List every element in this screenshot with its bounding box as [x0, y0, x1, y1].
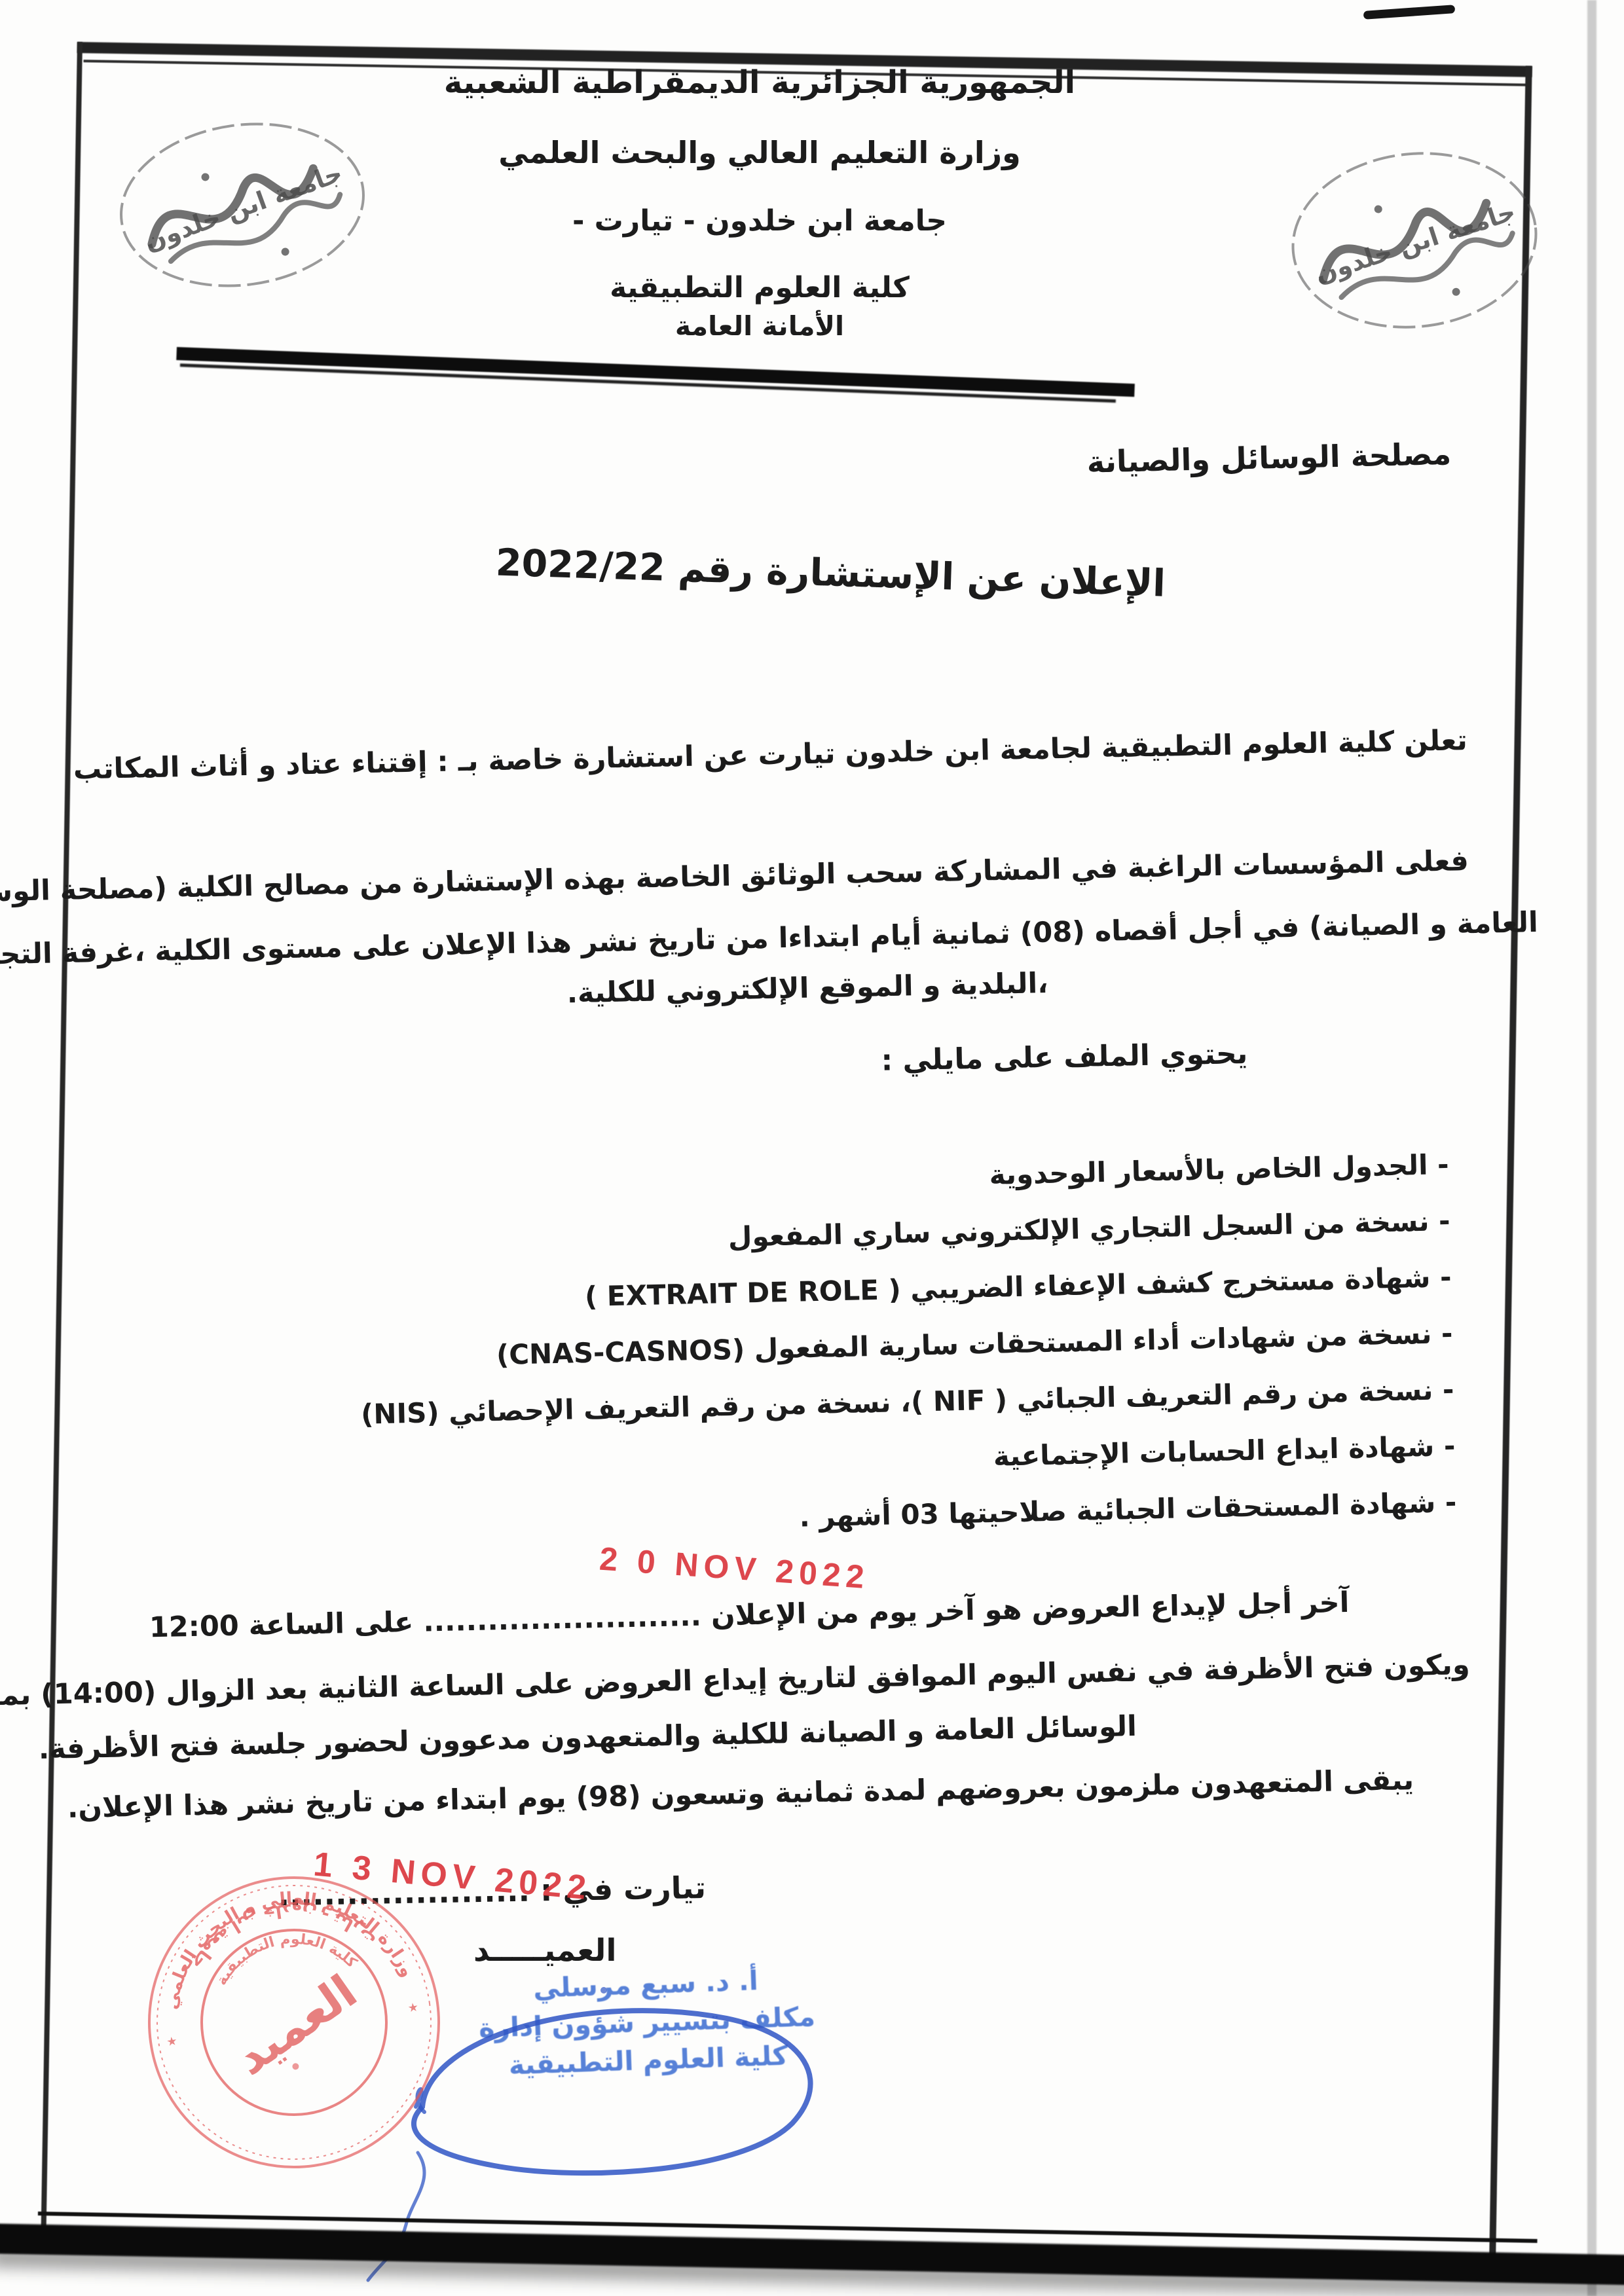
frame-left-edge — [41, 42, 83, 2236]
file-contents-heading: يحتوي الملف على مايلي : — [881, 1037, 1248, 1078]
university-logo-right-icon: جامعة ابن خلدون — [1274, 132, 1555, 348]
svg-text:٭: ٭ — [165, 2029, 179, 2053]
deadline-dotted-blank: .......................... — [423, 1600, 702, 1639]
secretariat-line: الأمانة العامة — [432, 310, 1087, 342]
faculty-line: كلية العلوم التطبيقية — [432, 271, 1087, 304]
scanned-document-page: الجمهورية الجزائرية الديمقراطية الشعبية … — [0, 0, 1624, 2296]
staple-mark — [1363, 5, 1456, 20]
required-documents-list: - الجدول الخاص بالأسعار الوحدوية - نسخة … — [356, 1137, 1458, 1556]
republic-line: الجمهورية الجزائرية الديمقراطية الشعبية — [432, 64, 1087, 101]
scan-edge-shadow — [1587, 0, 1596, 2296]
ministry-line: وزارة التعليم العالي والبحث العلمي — [432, 135, 1087, 170]
svg-text:٭: ٭ — [406, 1995, 420, 2020]
university-line: جامعة ابن خلدون - تيارت - — [432, 204, 1087, 238]
official-red-seal: وزارة التعليم العالي و البحث العلمي جامع… — [122, 1850, 466, 2195]
deadline-time: على الساعة 12:00 — [149, 1606, 414, 1644]
university-logo-left-icon: جامعة ابن خلدون — [100, 99, 384, 310]
frame-right-edge — [1489, 66, 1532, 2261]
